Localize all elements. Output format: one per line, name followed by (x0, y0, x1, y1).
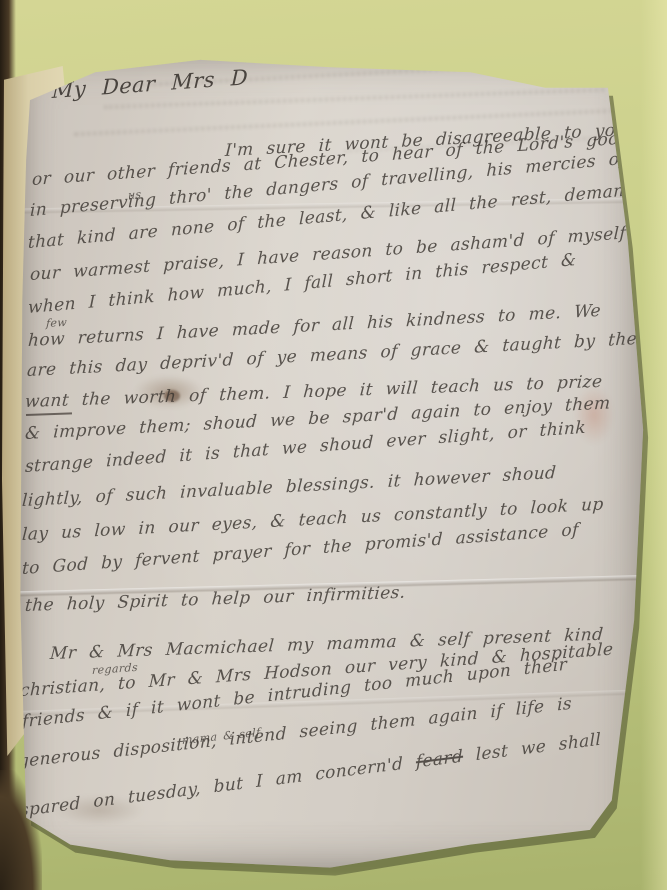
inserted-word: few (46, 316, 68, 330)
underline-mark (26, 412, 72, 416)
inserted-word: us (128, 188, 142, 202)
letter-sheet: My Dear Mrs D I'm sure it wont be disagr… (14, 55, 654, 875)
last-line-post: lest we shall (463, 730, 601, 767)
letter-salutation: My Dear Mrs D (52, 65, 249, 103)
struck-word: feard (416, 747, 463, 773)
photo-of-letter: My Dear Mrs D I'm sure it wont be disagr… (0, 0, 667, 890)
